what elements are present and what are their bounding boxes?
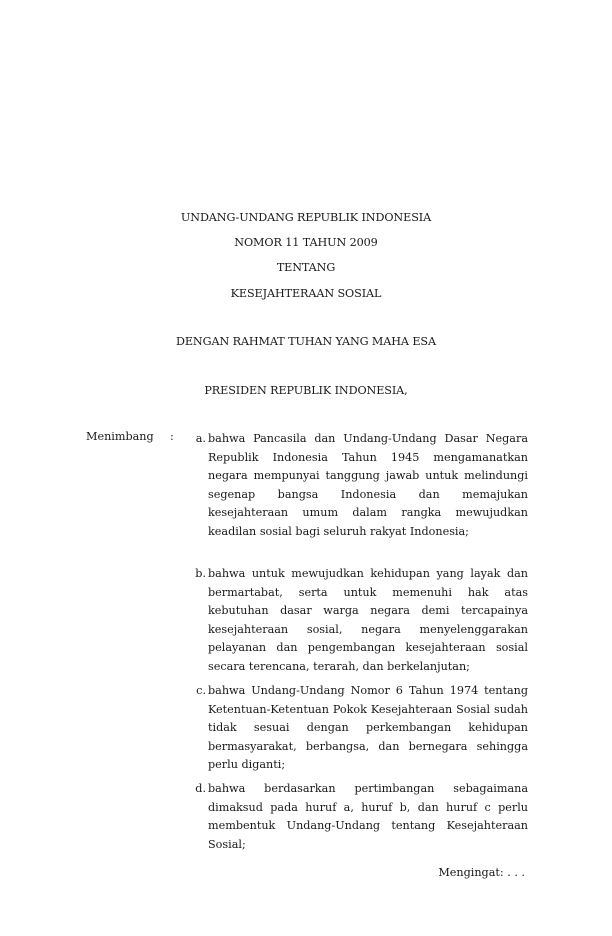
item-text: bahwa untuk mewujudkan kehidupan yang la… bbox=[208, 565, 528, 677]
item-letter: a. bbox=[178, 430, 206, 449]
item-letter: b. bbox=[178, 565, 206, 584]
title-subject: KESEJAHTERAAN SOSIAL bbox=[0, 287, 612, 300]
invocation: DENGAN RAHMAT TUHAN YANG MAHA ESA bbox=[0, 335, 612, 348]
item-letter: c. bbox=[178, 682, 206, 701]
continuation-marker: Mengingat: . . . bbox=[438, 866, 525, 879]
document-page: UNDANG-UNDANG REPUBLIK INDONESIA NOMOR 1… bbox=[0, 0, 612, 936]
title-law-number: NOMOR 11 TAHUN 2009 bbox=[0, 236, 612, 249]
item-letter: d. bbox=[178, 780, 206, 799]
title-tentang: TENTANG bbox=[0, 261, 612, 274]
item-text: bahwa Undang-Undang Nomor 6 Tahun 1974 t… bbox=[208, 682, 528, 775]
menimbang-label: Menimbang bbox=[86, 430, 154, 443]
issuer: PRESIDEN REPUBLIK INDONESIA, bbox=[0, 384, 612, 397]
item-text: bahwa berdasarkan pertimbangan sebagaima… bbox=[208, 780, 528, 854]
menimbang-separator: : bbox=[170, 430, 174, 443]
item-text: bahwa Pancasila dan Undang-Undang Dasar … bbox=[208, 430, 528, 542]
title-law-name: UNDANG-UNDANG REPUBLIK INDONESIA bbox=[0, 211, 612, 224]
